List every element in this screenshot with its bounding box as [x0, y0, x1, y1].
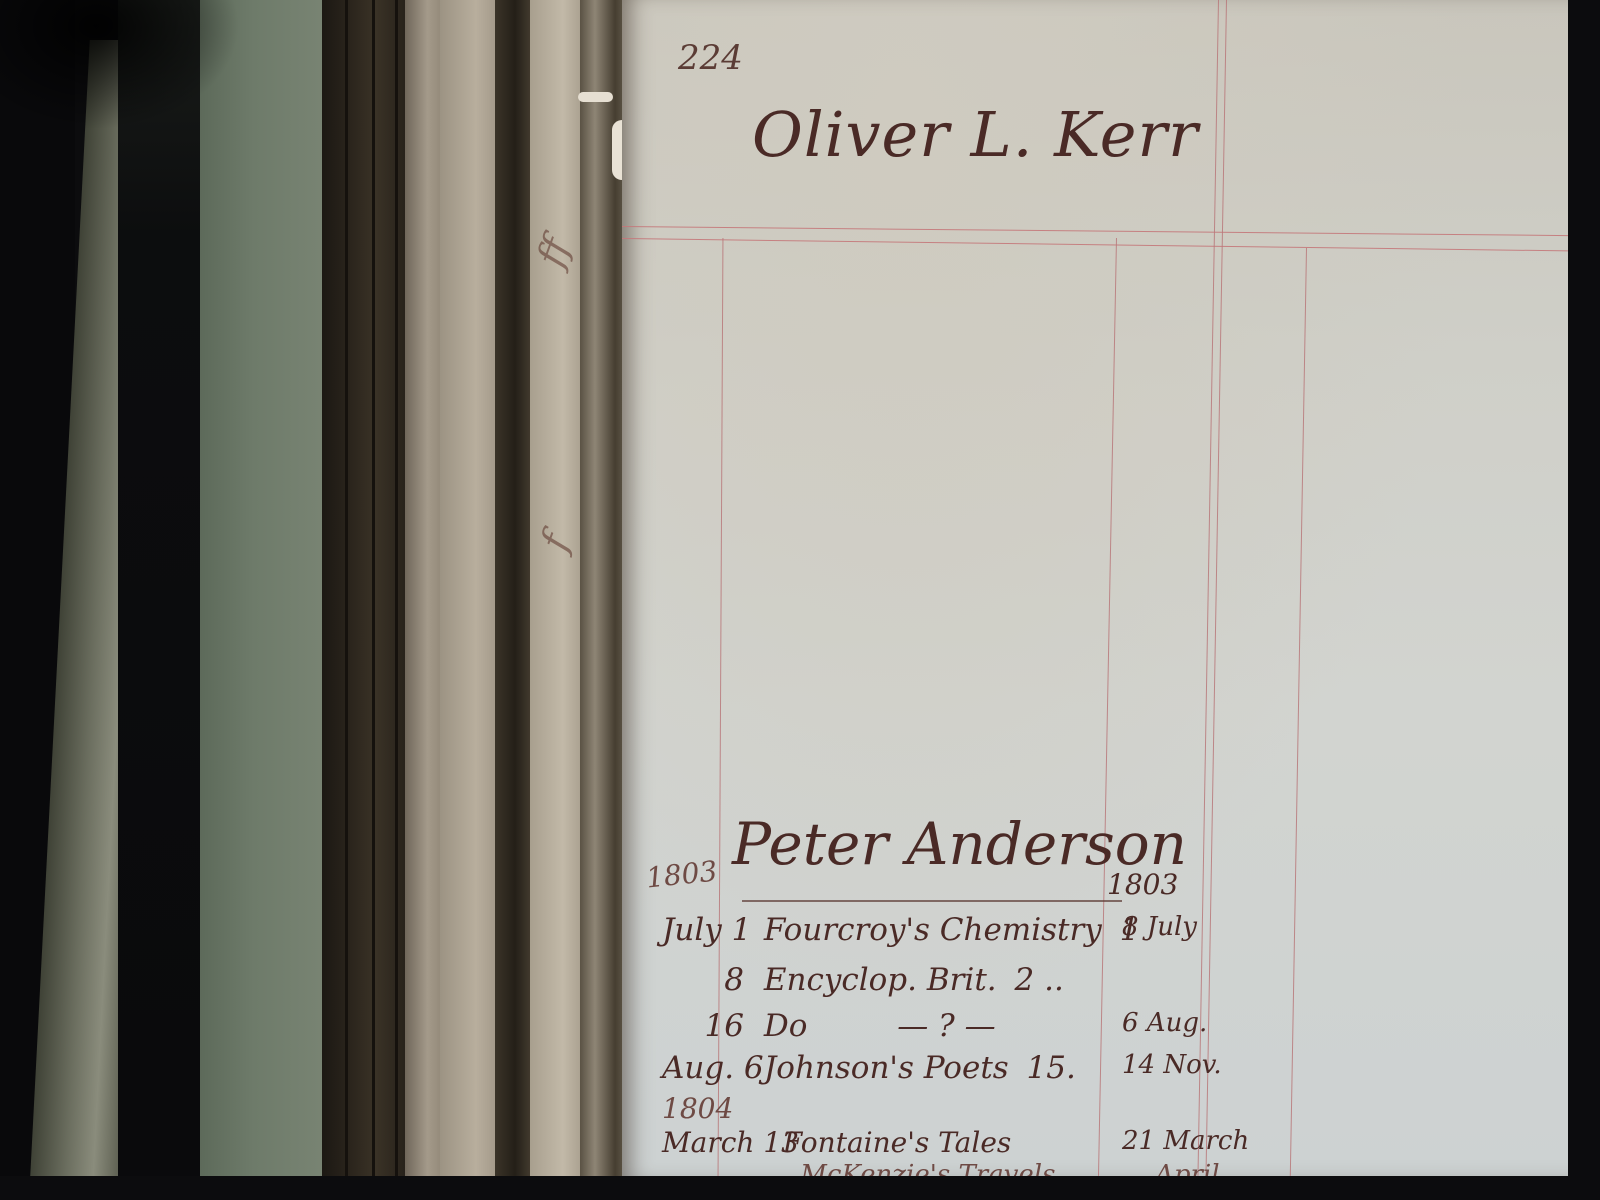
- book-cover-edge: [322, 0, 412, 1176]
- ledger-line: July 1 Fourcroy's Chemistry 1 8 July: [662, 912, 1139, 948]
- ruling-line-amount-column: [1098, 238, 1117, 1176]
- line-amount: 15.: [1027, 1050, 1076, 1086]
- line-amount: — ? —: [897, 1008, 995, 1044]
- ledger-page: 224 Oliver L. Kerr 1803 Peter Anderson 1…: [622, 0, 1568, 1176]
- ledger-line-cut-off: McKenzie's Travels ... ... April: [662, 1160, 1089, 1176]
- line-item: Fourcroy's Chemistry: [764, 912, 1102, 948]
- ruling-line-horizontal: [622, 238, 1568, 251]
- line-date: July 1: [662, 912, 754, 948]
- page-edges: [530, 0, 585, 1176]
- cover-stripe: [395, 0, 398, 1176]
- ledger-line-year: 1804: [662, 1092, 754, 1125]
- line-item: Encyclop. Brit.: [764, 962, 997, 998]
- ledger-line: Aug. 6 Johnson's Poets 15. 14 Nov.: [662, 1050, 1076, 1086]
- background-wall: [200, 0, 335, 1176]
- line-due: 21 March: [1122, 1126, 1249, 1156]
- line-due: 6 Aug.: [1122, 1008, 1207, 1038]
- page-number: 224: [678, 38, 743, 78]
- ledger-line: 8 Encyclop. Brit. 2 ..: [662, 962, 1064, 998]
- line-date: Aug. 6: [662, 1050, 754, 1086]
- shadow: [0, 0, 240, 130]
- page-edges-dark: [495, 0, 535, 1176]
- line-date: 16: [662, 1008, 754, 1044]
- ledger-line: March 13 Fontaine's Tales 21 March: [662, 1126, 1011, 1159]
- underline: [742, 900, 1122, 902]
- line-item: McKenzie's Travels ...: [800, 1160, 1088, 1176]
- line-item: Fontaine's Tales: [783, 1126, 1011, 1159]
- entry-year-right: 1803: [1107, 868, 1178, 901]
- line-date: March 13: [662, 1126, 774, 1159]
- frame-edge-dark: [118, 0, 213, 1176]
- cover-stripe: [372, 0, 375, 1176]
- line-due: 8 July: [1122, 912, 1197, 942]
- line-date: 8: [662, 962, 754, 998]
- cover-stripe: [345, 0, 348, 1176]
- line-due: ... April: [1122, 1160, 1220, 1176]
- page-edges: [440, 0, 500, 1176]
- line-item: Do: [764, 1008, 808, 1044]
- account-title: Oliver L. Kerr: [752, 98, 1199, 171]
- line-due: 14 Nov.: [1122, 1050, 1222, 1080]
- line-amount: 2 ..: [1015, 962, 1064, 998]
- ledger-line: 16 Do — ? — 6 Aug.: [662, 1008, 996, 1044]
- line-date: 1804: [662, 1092, 754, 1125]
- line-item: Johnson's Poets: [764, 1050, 1009, 1086]
- entry-year-left: 1803: [644, 854, 718, 894]
- binding-thread: [578, 92, 613, 102]
- ruling-line-horizontal: [622, 226, 1568, 236]
- ruling-line-right-column: [1290, 248, 1307, 1176]
